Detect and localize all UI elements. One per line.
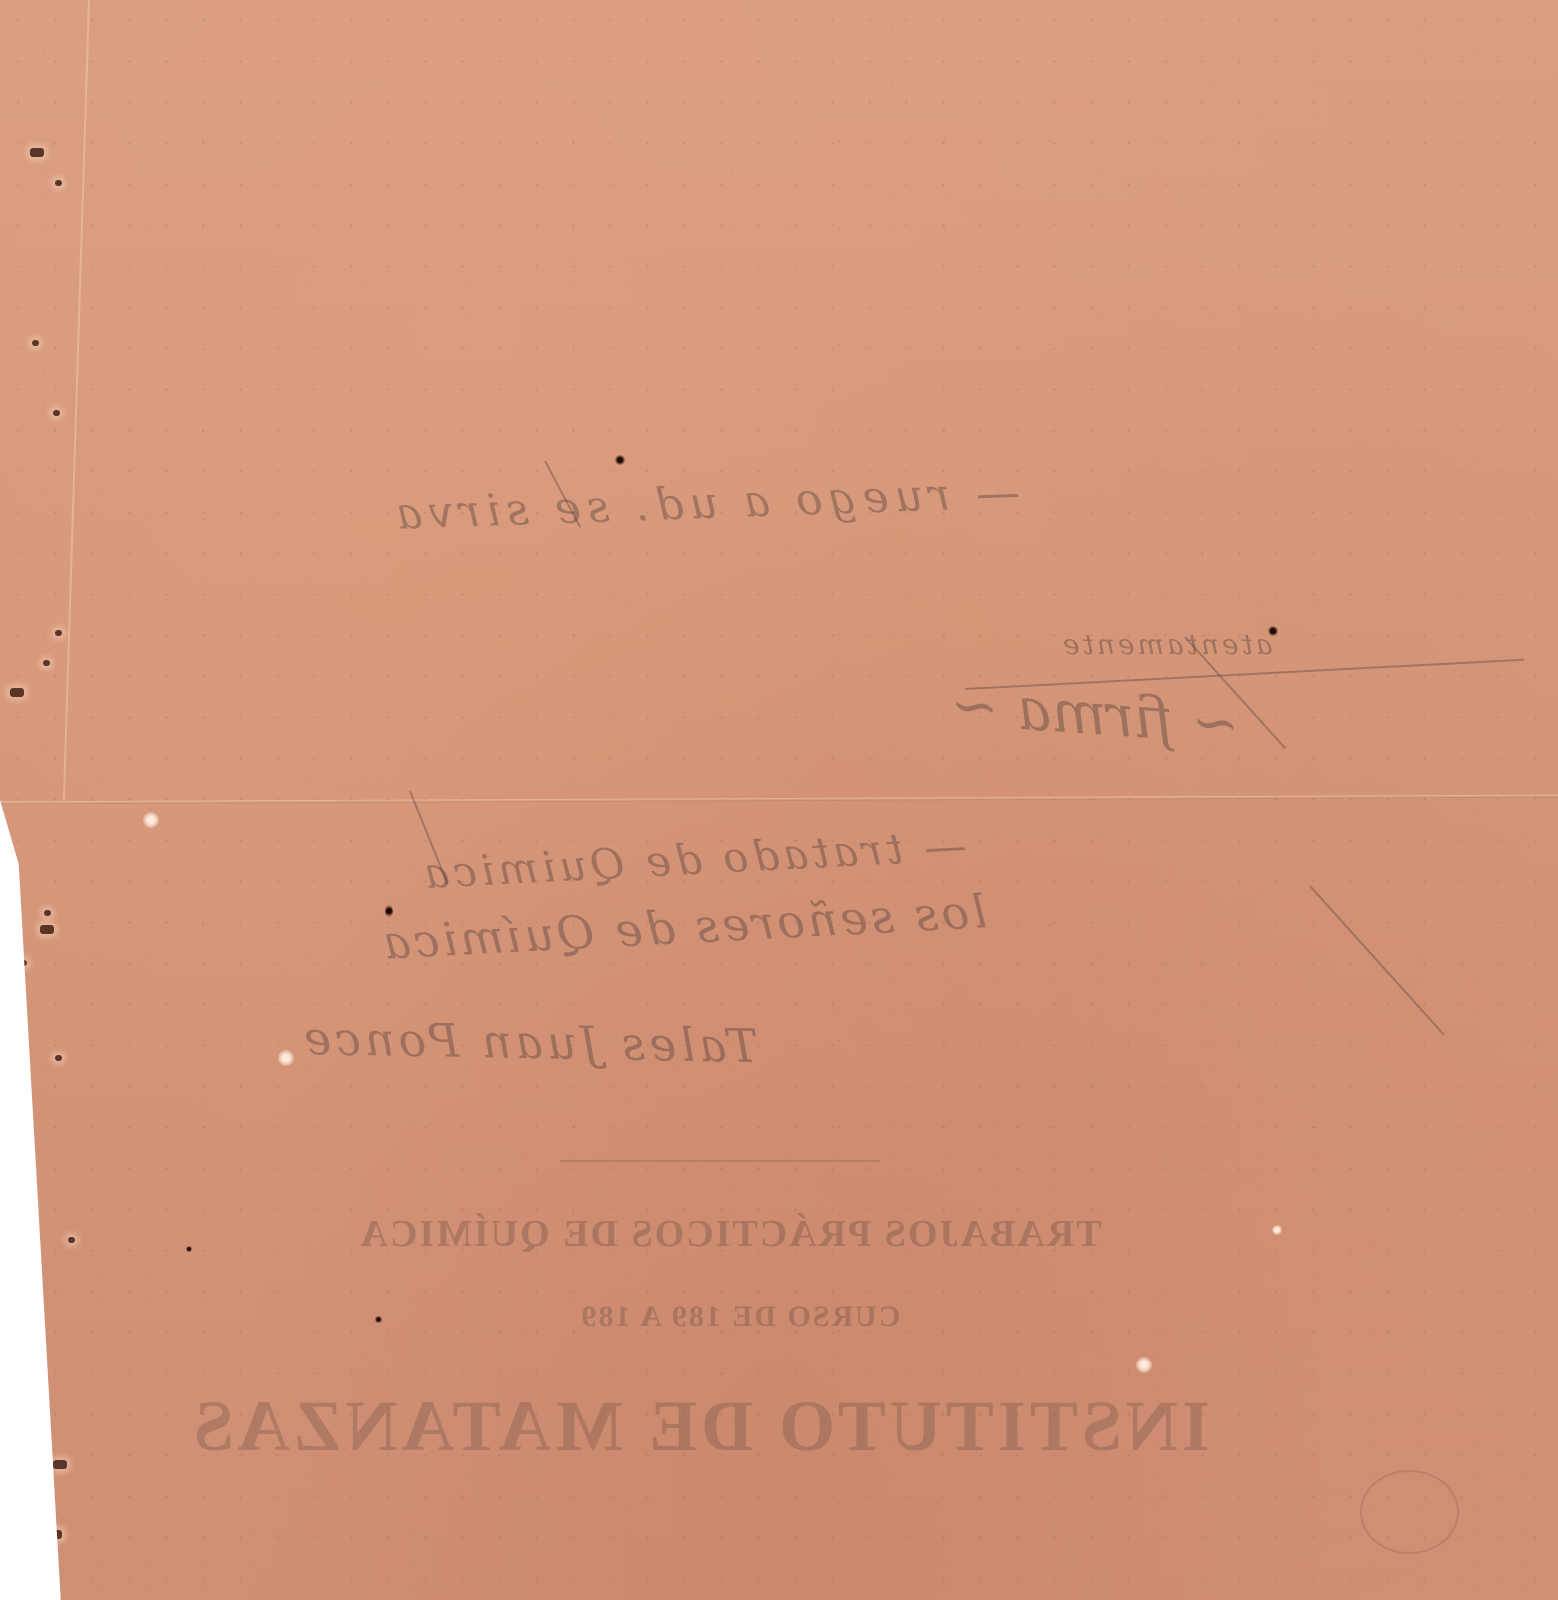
- light-spot: [278, 1050, 294, 1066]
- ink-spot: [615, 455, 625, 465]
- binding-hole: [55, 180, 62, 186]
- light-spot: [1136, 1357, 1152, 1373]
- printed-rule: [560, 1160, 880, 1162]
- binding-hole: [10, 688, 24, 697]
- printed-subject: TRABAJOS PRÁCTICOS DE QUÍMICA: [260, 1212, 1200, 1256]
- binding-hole: [32, 340, 39, 346]
- binding-hole: [68, 1237, 75, 1243]
- binding-hole: [53, 1460, 67, 1469]
- binding-hole: [30, 148, 44, 157]
- binding-hole: [43, 660, 50, 666]
- binding-hole: [20, 960, 27, 966]
- binding-hole: [40, 925, 54, 934]
- paper-sheet: — ruego a ud. se sirva atentamente ~ fir…: [0, 0, 1558, 1600]
- binding-hole: [48, 1530, 62, 1539]
- light-spot: [143, 812, 159, 828]
- printed-course: CURSO DE 189 A 189: [430, 1300, 1050, 1334]
- handwriting-line-2: atentamente: [1060, 628, 1272, 661]
- binding-hole: [55, 1055, 62, 1061]
- binding-hole: [53, 410, 60, 416]
- handwriting-line-5: Tales Juan Ponce: [300, 1011, 759, 1073]
- binding-hole: [44, 910, 51, 916]
- printed-institution: INSTITUTO DE MATANZAS: [250, 1385, 1210, 1468]
- ink-spot: [375, 1316, 382, 1323]
- light-spot: [1272, 1225, 1282, 1235]
- ink-spot: [186, 1246, 192, 1252]
- faint-seal-stamp: [1360, 1470, 1459, 1554]
- binding-hole: [55, 630, 62, 636]
